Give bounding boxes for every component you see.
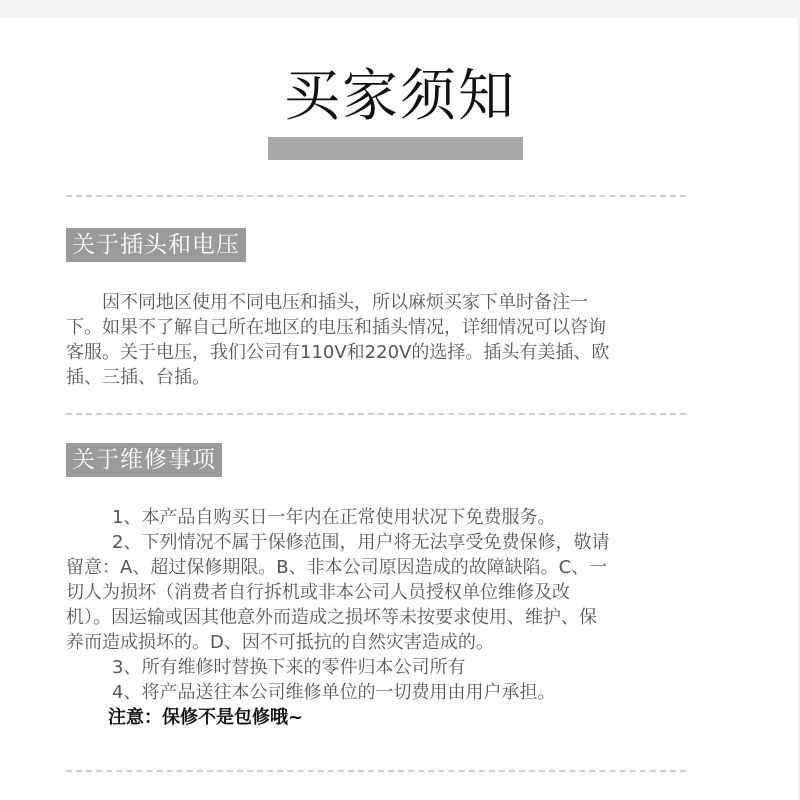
section-label-plug-voltage: 关于插头和电压 — [66, 228, 246, 262]
plug-voltage-paragraph: 因不同地区使用不同电压和插头，所以麻烦买家下单时备注一 下。如果不了解自己所在地… — [66, 290, 716, 390]
text-line: 留意：A、超过保修期限。B、非本公司原因造成的故障缺陷。C、一 — [66, 555, 716, 580]
text-line: 插、三插、台插。 — [66, 365, 716, 390]
text-line: 下。如果不了解自己所在地区的电压和插头情况，详细情况可以咨询 — [66, 315, 716, 340]
text-line: 3、所有维修时替换下来的零件归本公司所有 — [66, 655, 716, 680]
divider — [66, 413, 686, 415]
text-line: 2、下列情况不属于保修范围，用户将无法享受免费保修，敬请 — [66, 530, 716, 555]
text-line: 养而造成损坏的。D、因不可抵抗的自然灾害造成的。 — [66, 630, 716, 655]
text-line: 因不同地区使用不同电压和插头，所以麻烦买家下单时备注一 — [66, 290, 716, 315]
text-line: 4、将产品送往本公司维修单位的一切费用由用户承担。 — [66, 680, 716, 705]
repair-paragraph: 1、本产品自购买日一年内在正常使用状况下免费服务。 2、下列情况不属于保修范围，… — [66, 505, 716, 730]
page-title: 买家须知 — [0, 62, 800, 132]
divider — [66, 770, 686, 772]
top-band — [0, 0, 800, 18]
warranty-note: 注意：保修不是包修哦~ — [66, 705, 716, 730]
section-label-repair: 关于维修事项 — [66, 443, 222, 477]
text-line: 1、本产品自购买日一年内在正常使用状况下免费服务。 — [66, 505, 716, 530]
text-line: 切人为损坏（消费者自行拆机或非本公司人员授权单位维修及改 — [66, 580, 716, 605]
divider — [66, 195, 686, 197]
title-underline-bar — [268, 137, 523, 160]
text-line: 客服。关于电压，我们公司有110V和220V的选择。插头有美插、欧 — [66, 340, 716, 365]
text-line: 机）。因运输或因其他意外而造成之损坏等未按要求使用、维护、保 — [66, 605, 716, 630]
